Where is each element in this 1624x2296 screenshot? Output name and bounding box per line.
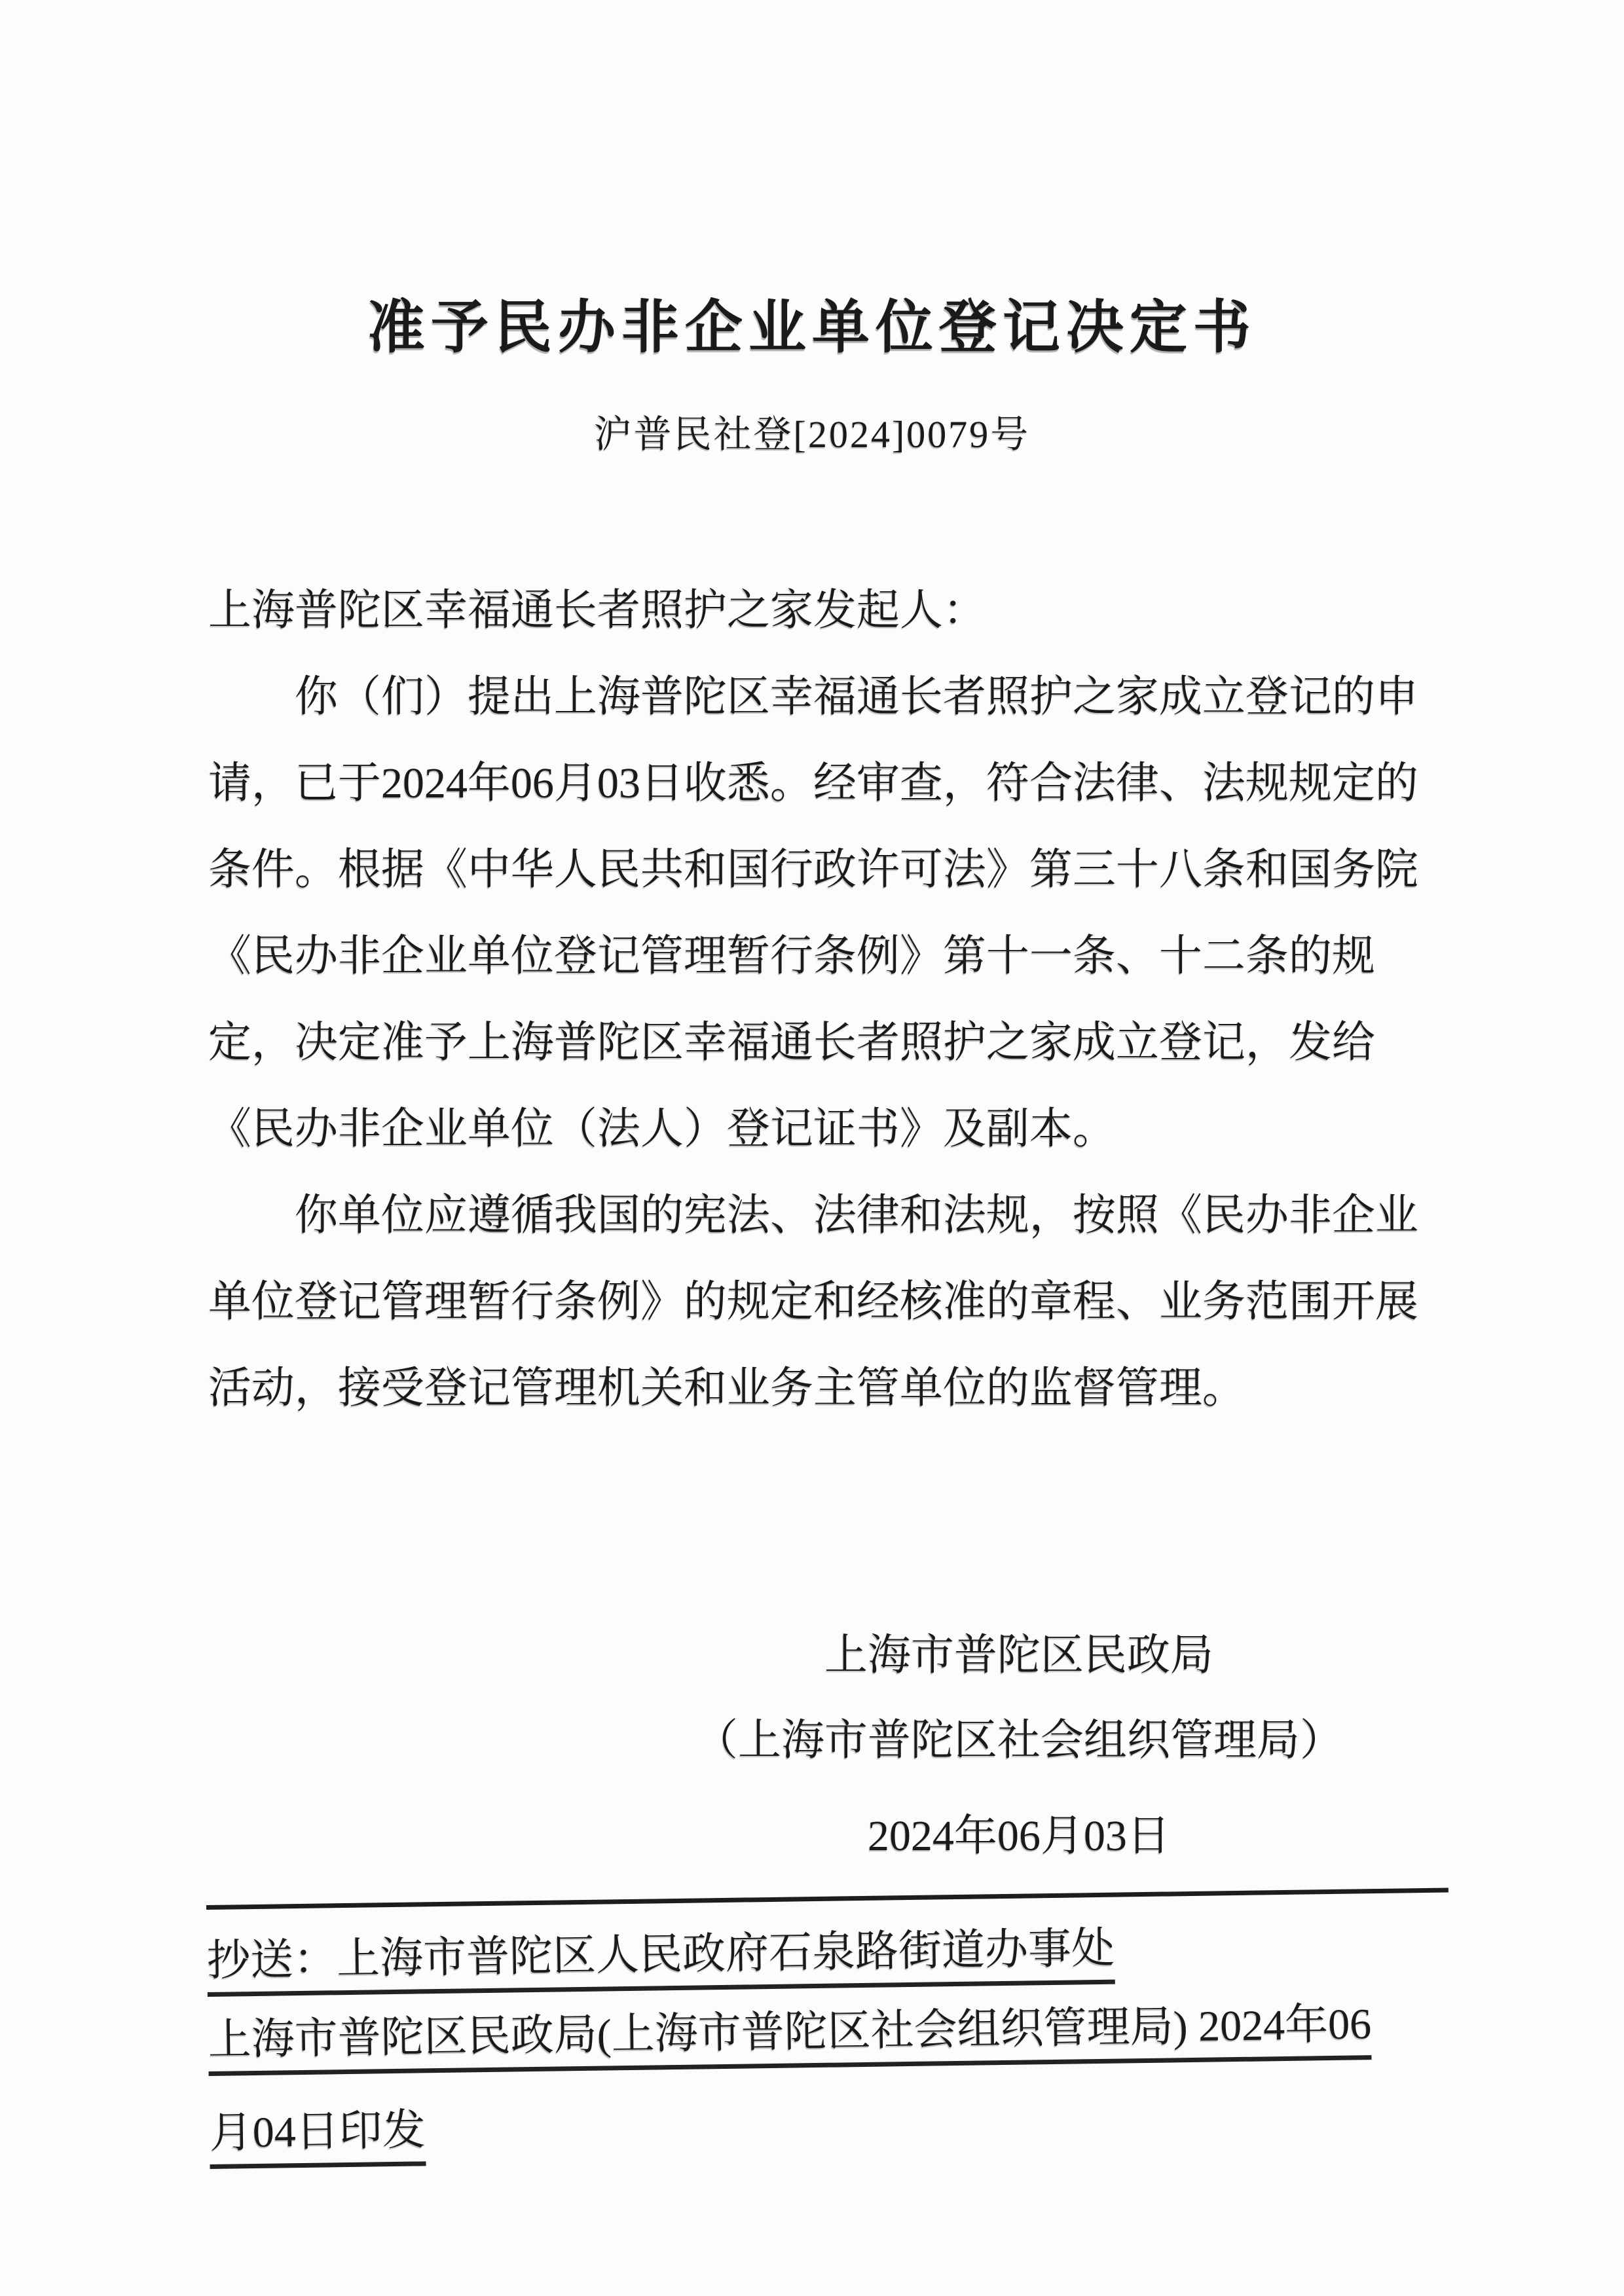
- body-line: 活动，接受登记管理机关和业务主管单位的监督管理。: [208, 1367, 1438, 1410]
- issuer-name: 上海市普陀区民政局: [626, 1634, 1412, 1677]
- document-number: 沪普民社登[2024]0079号: [0, 411, 1624, 458]
- print-date-line: 月04日印发: [209, 2094, 1452, 2168]
- page-title: 准予民办非企业单位登记决定书: [0, 296, 1624, 361]
- body-line: 《民办非企业单位登记管理暂行条例》第十一条、十二条的规: [208, 935, 1438, 978]
- print-issuer-text: 上海市普陀区民政局(上海市普陀区社会组织管理局) 2024年06: [208, 2003, 1372, 2076]
- body-line: 《民办非企业单位（法人）登记证书》及副本。: [208, 1108, 1438, 1151]
- issuer-alt-name: （上海市普陀区社会组织管理局）: [626, 1719, 1412, 1762]
- signature-block: 上海市普陀区民政局 （上海市普陀区社会组织管理局） 2024年06月03日: [626, 1634, 1412, 1900]
- body-line: 你单位应遵循我国的宪法、法律和法规，按照《民办非企业: [208, 1194, 1438, 1237]
- print-issuer-line: 上海市普陀区民政局(上海市普陀区社会组织管理局) 2024年06: [208, 2001, 1450, 2075]
- footer-block: 抄送：上海市普陀区人民政府石泉路街道办事处 上海市普陀区民政局(上海市普陀区社会…: [206, 1888, 1452, 2169]
- copy-to-line: 抄送：上海市普陀区人民政府石泉路街道办事处: [207, 1923, 1450, 1997]
- document-page: 准予民办非企业单位登记决定书 沪普民社登[2024]0079号 上海普陀区幸福通…: [0, 0, 1624, 2296]
- copy-to-text: 抄送：上海市普陀区人民政府石泉路街道办事处: [207, 1927, 1115, 1997]
- body-line: 条件。根据《中华人民共和国行政许可法》第三十八条和国务院: [208, 848, 1438, 892]
- issue-date: 2024年06月03日: [626, 1815, 1412, 1858]
- body-line: 单位登记管理暂行条例》的规定和经核准的章程、业务范围开展: [208, 1281, 1438, 1324]
- body-line: 定，决定准予上海普陀区幸福通长者照护之家成立登记，发给: [208, 1021, 1438, 1065]
- body-line: 请，已于2024年06月03日收悉。经审查，符合法律、法规规定的: [208, 762, 1438, 805]
- body-line-salutation: 上海普陀区幸福通长者照护之家发起人：: [208, 589, 1438, 632]
- body-text: 上海普陀区幸福通长者照护之家发起人： 你（们）提出上海普陀区幸福通长者照护之家成…: [208, 589, 1438, 1453]
- body-line: 你（们）提出上海普陀区幸福通长者照护之家成立登记的申: [208, 676, 1438, 719]
- print-date-text: 月04日印发: [209, 2109, 426, 2169]
